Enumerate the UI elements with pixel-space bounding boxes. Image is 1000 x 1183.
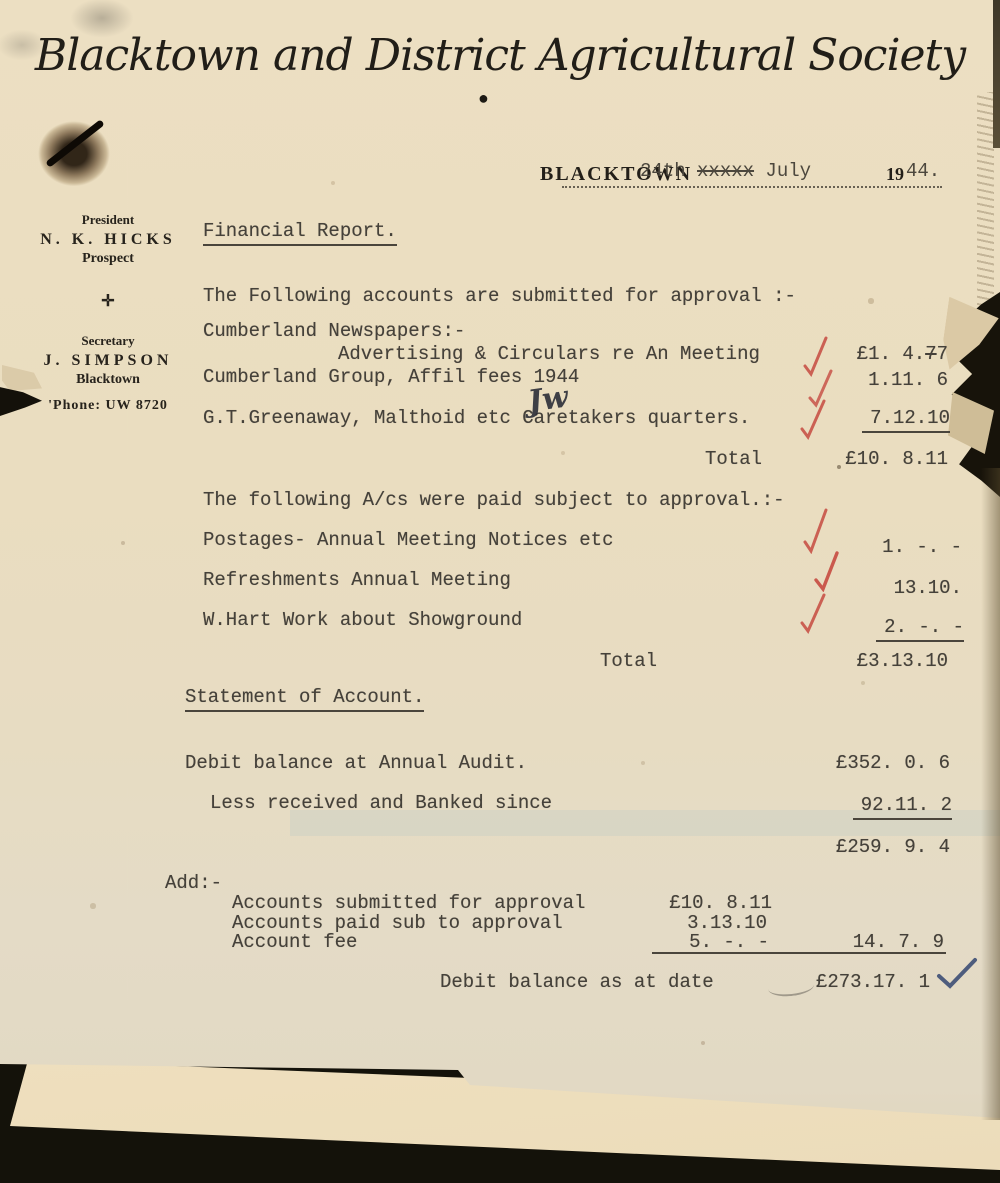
amount-refreshments: 13.10. xyxy=(742,577,962,599)
dateline-typed-date: 24th xxxxx July xyxy=(640,160,811,182)
amount-whart: 2. -. - xyxy=(744,616,964,638)
line-less-received: Less received and Banked since xyxy=(210,792,552,814)
bullet-ornament: ● xyxy=(478,88,489,109)
line-advertising: Advertising & Circulars re An Meeting xyxy=(338,343,760,365)
add-label: Add:- xyxy=(165,872,222,894)
date-struck-word: xxxxx xyxy=(697,160,754,182)
group-label: Cumberland Newspapers:- xyxy=(203,320,465,342)
handwritten-initials: Jw xyxy=(526,379,571,419)
amount-add-total: 14. 7. 9 xyxy=(724,931,944,953)
total-amount-1: £10. 8.11 xyxy=(728,448,948,470)
add-section-rule xyxy=(652,952,946,954)
cross-ornament-icon: ✛ xyxy=(36,291,180,311)
scanned-letter: Blacktown and District Agricultural Soci… xyxy=(0,0,1000,1183)
amount-debit-balance: £352. 0. 6 xyxy=(730,752,950,774)
red-check-icon xyxy=(798,398,828,440)
year-printed: 19 xyxy=(886,164,904,185)
officers-block: President N. K. HICKS Prospect ✛ Secreta… xyxy=(36,212,180,414)
amount-less-received: 92.11. 2 xyxy=(732,794,952,816)
date-day: 24th xyxy=(640,160,697,182)
phone-number: 'Phone: UW 8720 xyxy=(36,398,180,414)
society-title: Blacktown and District Agricultural Soci… xyxy=(0,30,1000,81)
line-cumberland-group: Cumberland Group, Affil fees 1944 xyxy=(203,366,579,388)
year-typed: 44. xyxy=(906,160,940,182)
amount-cumberland-group: 1.11. 6 xyxy=(728,369,948,391)
line-postages: Postages- Annual Meeting Notices etc xyxy=(203,529,613,551)
struck-digit: 7 xyxy=(925,343,936,365)
intro-line: The Following accounts are submitted for… xyxy=(203,285,796,307)
red-check-icon xyxy=(812,550,842,592)
line-whart: W.Hart Work about Showground xyxy=(203,609,522,631)
amount-accounts-submitted: £10. 8.11 xyxy=(552,892,772,914)
statement-heading: Statement of Account. xyxy=(185,686,424,708)
final-balance-amount: £273.17. 1 xyxy=(710,971,930,993)
line-greenaway: G.T.Greenaway, Malthoid etc Caretakers q… xyxy=(203,407,750,429)
red-check-icon xyxy=(798,592,828,634)
total-label-2: Total xyxy=(600,650,657,672)
report-heading: Financial Report. xyxy=(203,220,397,242)
secretary-name: J. SIMPSON xyxy=(36,352,180,370)
red-check-icon xyxy=(800,506,830,554)
amount-advertising: £1. 4.77 xyxy=(728,343,948,365)
line-refreshments: Refreshments Annual Meeting xyxy=(203,569,511,591)
line-account-fee: Account fee xyxy=(232,931,357,953)
date-month: July xyxy=(754,160,811,182)
blue-check-icon xyxy=(935,956,979,994)
secretary-place: Blacktown xyxy=(36,372,180,388)
line-accounts-submitted: Accounts submitted for approval xyxy=(232,892,585,914)
final-balance-label: Debit balance as at date xyxy=(440,971,714,993)
total-amount-2: £3.13.10 xyxy=(728,650,948,672)
amount-postages: 1. -. - xyxy=(742,536,962,558)
president-name: N. K. HICKS xyxy=(36,231,180,249)
line-debit-balance: Debit balance at Annual Audit. xyxy=(185,752,527,774)
amount-greenaway: 7.12.10 xyxy=(730,407,950,429)
subtotal-amount: £259. 9. 4 xyxy=(730,836,950,858)
paid-intro-line: The following A/cs were paid subject to … xyxy=(203,489,785,511)
secretary-label: Secretary xyxy=(36,333,180,349)
president-place: Prospect xyxy=(36,251,180,267)
president-label: President xyxy=(36,212,180,228)
